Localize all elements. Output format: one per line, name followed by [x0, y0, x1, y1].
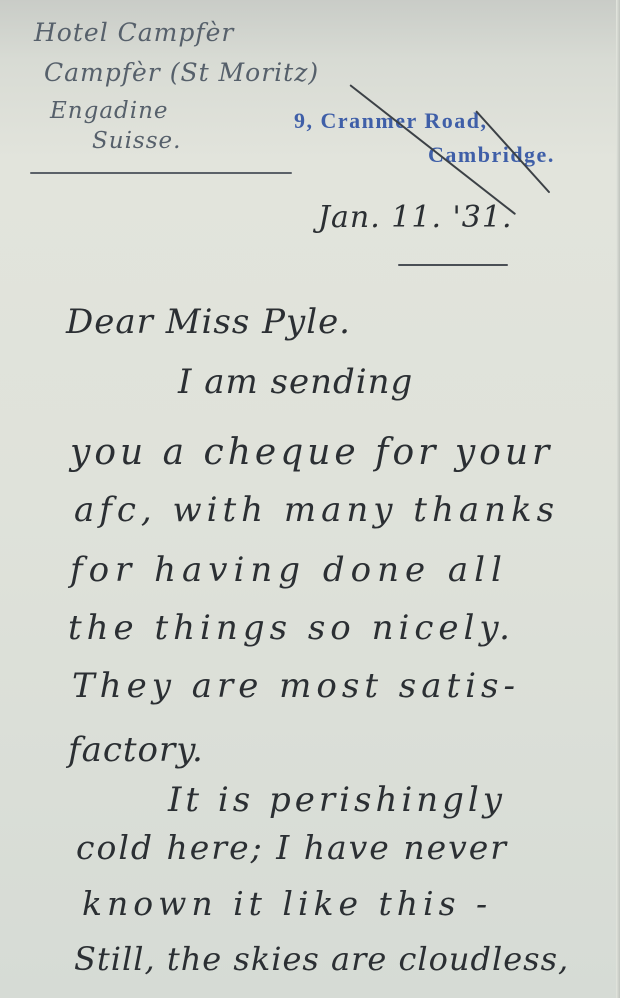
- body-line-7: factory.: [68, 730, 204, 770]
- body-line-9: cold here; I have never: [76, 828, 508, 867]
- letter-date: Jan. 11. '31.: [318, 200, 513, 235]
- body-line-11: Still, the skies are cloudless,: [74, 940, 569, 978]
- body-line-2: you a cheque for your: [70, 432, 553, 473]
- body-line-8: It is perishingly: [168, 780, 506, 820]
- page-edge: [616, 0, 620, 998]
- letterhead-street: 9, Cranmer Road,: [294, 108, 487, 134]
- body-line-6: They are most satis-: [72, 666, 520, 706]
- letter-page: Hotel Campfèr Campfèr (St Moritz) Engadi…: [0, 0, 620, 998]
- body-line-5: the things so nicely.: [68, 608, 515, 648]
- letterhead-city: Cambridge.: [428, 142, 555, 168]
- date-underline: [398, 264, 508, 266]
- body-line-4: for having done all: [70, 550, 508, 590]
- return-address-underline: [30, 172, 292, 174]
- body-line-10: known it like this -: [82, 884, 492, 923]
- return-address-line-2: Campfèr (St Moritz): [44, 58, 319, 87]
- body-line-3: afc, with many thanks: [74, 490, 559, 530]
- body-line-1: I am sending: [178, 362, 413, 402]
- return-address-line-4: Suisse.: [92, 128, 181, 154]
- salutation: Dear Miss Pyle.: [66, 302, 351, 342]
- return-address-line-3: Engadine: [50, 98, 169, 124]
- return-address-line-1: Hotel Campfèr: [34, 18, 234, 47]
